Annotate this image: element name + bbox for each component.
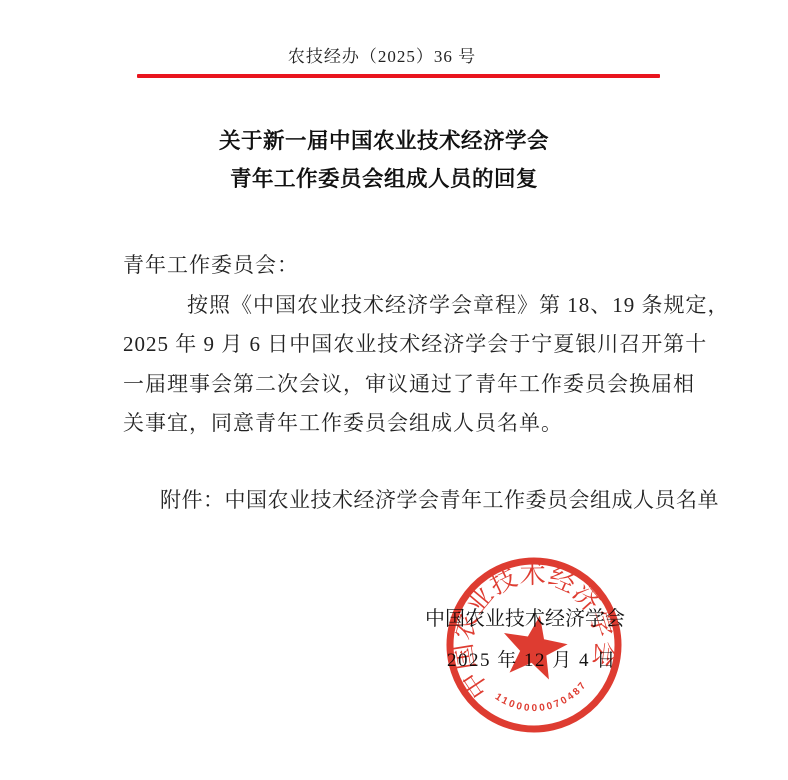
body-line: 一届理事会第二次会议，审议通过了青年工作委员会换届相 bbox=[123, 365, 668, 405]
doc-number: 农技经办（2025）36 号 bbox=[0, 42, 776, 67]
document-page: 农技经办（2025）36 号 关于新一届中国农业技术经济学会 青年工作委员会组成… bbox=[0, 0, 788, 780]
red-separator-rule bbox=[137, 74, 660, 78]
salutation: 青年工作委员会： bbox=[123, 246, 668, 286]
body-paragraphs: 青年工作委员会： 按照《中国农业技术经济学会章程》第 18、19 条规定， 20… bbox=[123, 246, 668, 444]
svg-text:中国农业技术经济学会: 中国农业技术经济学会 bbox=[434, 545, 628, 706]
official-seal: 中国农业技术经济学会 1100000070487 bbox=[434, 545, 634, 745]
seal-star-icon bbox=[497, 610, 571, 682]
body-line: 按照《中国农业技术经济学会章程》第 18、19 条规定， bbox=[123, 286, 668, 326]
body-line: 关事宜，同意青年工作委员会组成人员名单。 bbox=[123, 404, 668, 444]
attachment-note: 附件：中国农业技术经济学会青年工作委员会组成人员名单 bbox=[160, 484, 720, 514]
doc-title-line1: 关于新一届中国农业技术经济学会 bbox=[0, 122, 778, 160]
doc-title-line2: 青年工作委员会组成人员的回复 bbox=[0, 160, 778, 198]
doc-title: 关于新一届中国农业技术经济学会 青年工作委员会组成人员的回复 bbox=[0, 122, 778, 198]
body-line: 2025 年 9 月 6 日中国农业技术经济学会于宁夏银川召开第十 bbox=[123, 325, 668, 365]
seal-ring-text: 中国农业技术经济学会 bbox=[434, 545, 628, 706]
